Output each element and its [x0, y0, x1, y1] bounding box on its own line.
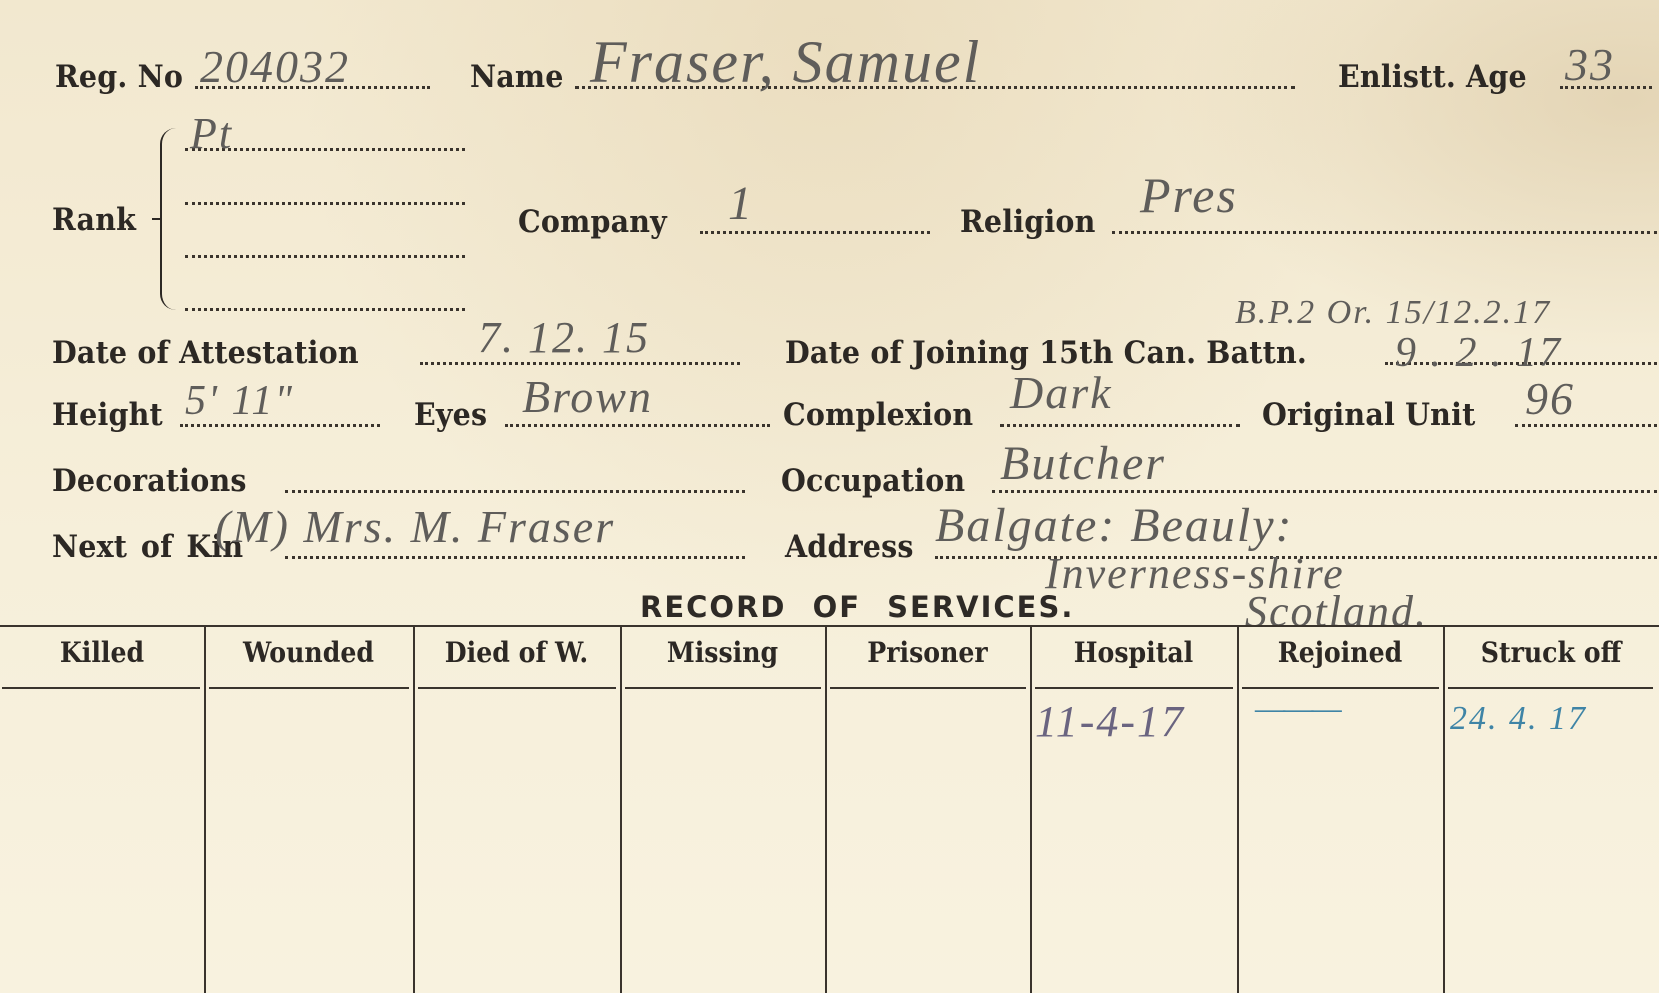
column-header-hospital: Hospital [1040, 636, 1226, 676]
column-divider [204, 627, 206, 993]
header-rule [1448, 687, 1653, 689]
column-divider [1030, 627, 1032, 993]
eyes-value: Brown [522, 374, 653, 420]
address-label: Address [785, 532, 914, 563]
next-of-kin-line [285, 556, 745, 559]
height-line [180, 424, 380, 427]
date-attestation-value: 7. 12. 15 [478, 316, 650, 360]
rank-line-3 [185, 255, 465, 258]
rank-brace-tip [152, 218, 162, 220]
column-divider [1443, 627, 1445, 993]
column-divider [413, 627, 415, 993]
religion-value: Pres [1140, 170, 1238, 220]
next-of-kin-value: (M) Mrs. M. Fraser [215, 504, 615, 550]
column-header-missing: Missing [630, 636, 815, 676]
enlist-age-label: Enlistt. Age [1338, 62, 1527, 93]
date-attestation-label: Date of Attestation [52, 338, 359, 369]
address-value-line-1: Balgate: Beauly: [935, 502, 1294, 550]
header-rule [418, 687, 616, 689]
date-joining-value: 9 . 2 . 17 [1395, 332, 1562, 374]
occupation-label: Occupation [781, 466, 965, 497]
eyes-line [505, 424, 770, 427]
company-line [700, 231, 930, 234]
eyes-label: Eyes [414, 400, 487, 431]
height-value: 5' 11" [185, 380, 294, 422]
rank-value-1: Pt [190, 112, 233, 156]
religion-label: Religion [960, 207, 1096, 238]
date-attestation-line [420, 362, 740, 365]
decorations-label: Decorations [52, 466, 247, 497]
column-header-rejoined: Rejoined [1247, 636, 1432, 676]
religion-line [1112, 231, 1657, 234]
column-divider [1237, 627, 1239, 993]
occupation-value: Butcher [1000, 440, 1166, 488]
rank-label: Rank [52, 205, 136, 236]
column-header-struck-off: Struck off [1454, 636, 1648, 676]
record-of-services-title: RECORD OF SERVICES. [640, 590, 1074, 624]
hospital-value: 11-4-17 [1035, 700, 1185, 744]
struck-off-value: 24. 4. 17 [1450, 702, 1587, 736]
header-rule [1242, 687, 1439, 689]
reg-no-label: Reg. No [55, 62, 183, 93]
column-divider [620, 627, 622, 993]
table-top-rule [0, 625, 1659, 627]
header-rule [2, 687, 200, 689]
date-joining-label: Date of Joining 15th Can. Battn. [785, 338, 1307, 369]
name-value: Fraser, Samuel [590, 32, 981, 92]
address-value-line-3: Scotland. [1245, 590, 1428, 634]
decorations-line [285, 490, 745, 493]
reg-no-value: 204032 [200, 44, 350, 90]
rank-line-2 [185, 202, 465, 205]
company-value: 1 [728, 180, 754, 228]
company-label: Company [518, 207, 667, 238]
header-rule [1035, 687, 1233, 689]
original-unit-value: 96 [1525, 376, 1575, 422]
column-header-killed: Killed [10, 636, 194, 676]
occupation-line [992, 490, 1657, 493]
column-header-wounded: Wounded [214, 636, 402, 676]
header-rule [830, 687, 1026, 689]
enlist-age-value: 33 [1565, 42, 1615, 88]
date-joining-annotation: B.P.2 Or. 15/12.2.17 [1235, 296, 1551, 330]
name-label: Name [470, 62, 564, 93]
header-rule [209, 687, 409, 689]
rejoined-value: ——— [1255, 692, 1340, 726]
complexion-value: Dark [1010, 370, 1113, 416]
rank-line-4 [185, 308, 465, 311]
column-header-prisoner: Prisoner [835, 636, 1020, 676]
header-rule [625, 687, 821, 689]
original-unit-label: Original Unit [1262, 400, 1475, 431]
height-label: Height [52, 400, 163, 431]
complexion-label: Complexion [783, 400, 973, 431]
complexion-line [1000, 424, 1240, 427]
rank-brace [160, 128, 178, 310]
original-unit-line [1515, 424, 1657, 427]
column-divider [825, 627, 827, 993]
column-header-died-of-wounds: Died of W. [423, 636, 609, 676]
attestation-card: Reg. No 204032 Name Fraser, Samuel Enlis… [0, 0, 1659, 993]
